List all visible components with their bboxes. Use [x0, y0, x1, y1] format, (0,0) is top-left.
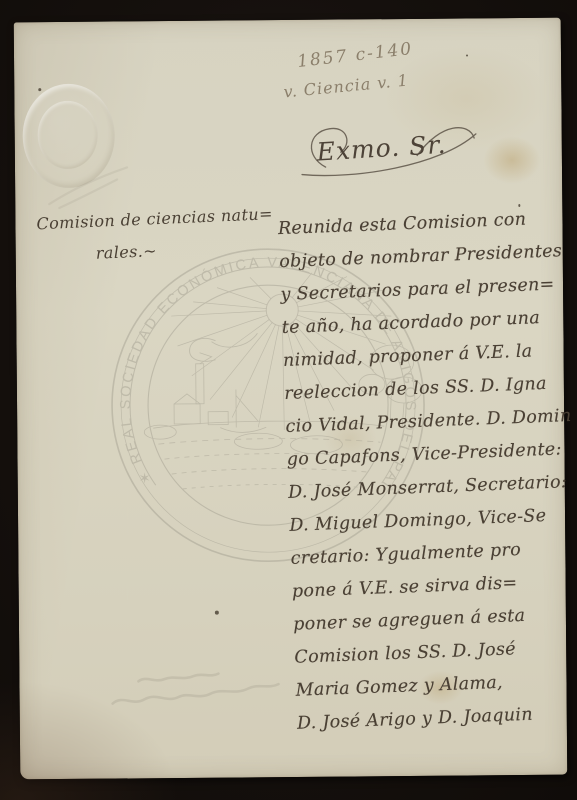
manuscript-paper: ✶ REAL SOCIEDAD ECONÓMICA VALENCIANA DE …: [14, 18, 568, 780]
bleedthrough-mark: [43, 159, 133, 212]
photo-background: ✶ REAL SOCIEDAD ECONÓMICA VALENCIANA DE …: [0, 0, 577, 800]
catalog-annotation-series: v. Ciencia v. 1: [283, 71, 410, 102]
salutation: Exmo. Sr.: [289, 109, 493, 195]
margin-note-line2: rales.~: [95, 241, 157, 263]
catalog-annotation-code: 1857 c-140: [296, 39, 414, 72]
paper-speck: [38, 88, 41, 91]
bleedthrough-mark: [104, 660, 290, 722]
letter-body: Reunida esta Comision con objeto de nomb…: [277, 202, 577, 741]
paper-speck: [466, 54, 468, 56]
paper-speck: [215, 611, 219, 615]
cloud-icon: [189, 333, 257, 361]
